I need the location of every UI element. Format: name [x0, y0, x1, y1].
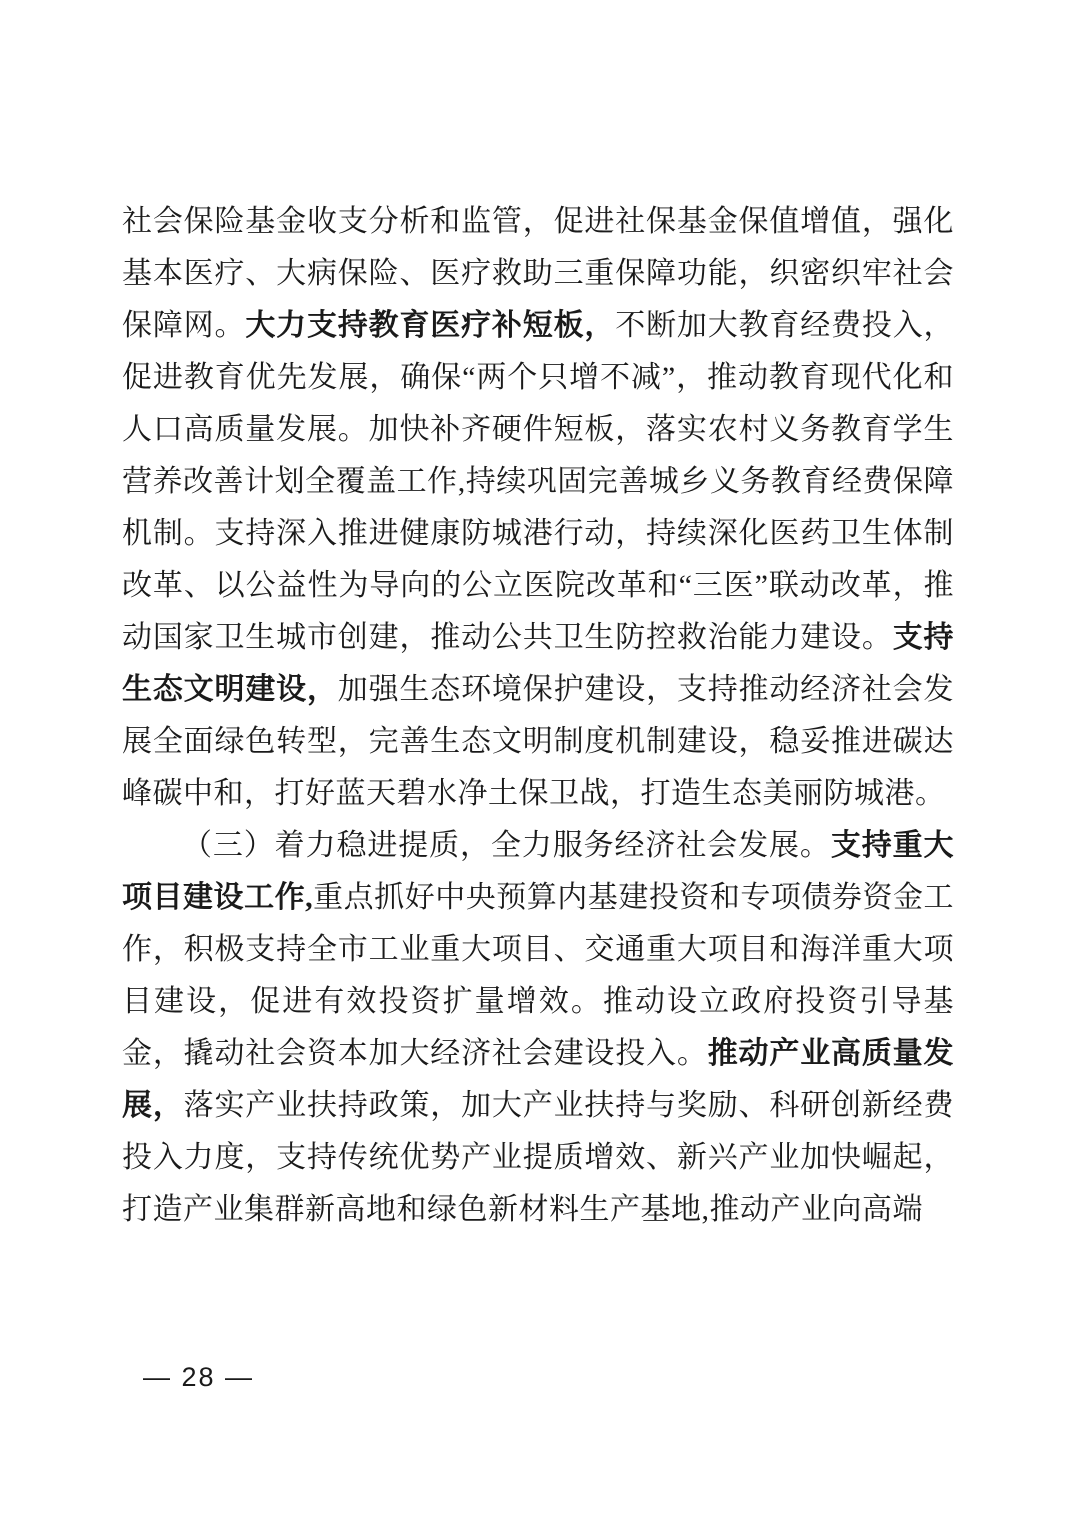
paragraph-section-3: （三）着力稳进提质，全力服务经济社会发展。支持重大项目建设工作,重点抓好中央预算…	[122, 820, 954, 1236]
text-run: 落实产业扶持政策，加大产业扶持与奖励、科研创新经费投入力度，支持传统优势产业提质…	[122, 1089, 954, 1226]
document-page: 社会保险基金收支分析和监管，促进社保基金保值增值，强化基本医疗、大病保险、医疗救…	[0, 0, 1074, 1520]
text-run: （三）着力稳进提质，全力服务经济社会发展。	[182, 829, 831, 862]
emphasis-run: 大力支持教育医疗补短板，	[245, 309, 615, 342]
paragraph-continuation: 社会保险基金收支分析和监管，促进社保基金保值增值，强化基本医疗、大病保险、医疗救…	[122, 196, 954, 820]
text-run: 不断加大教育经费投入，促进教育优先发展，确保“两个只增不减”，推动教育现代化和人…	[122, 309, 954, 654]
document-body: 社会保险基金收支分析和监管，促进社保基金保值增值，强化基本医疗、大病保险、医疗救…	[122, 196, 954, 1236]
page-number: — 28 —	[143, 1362, 254, 1393]
